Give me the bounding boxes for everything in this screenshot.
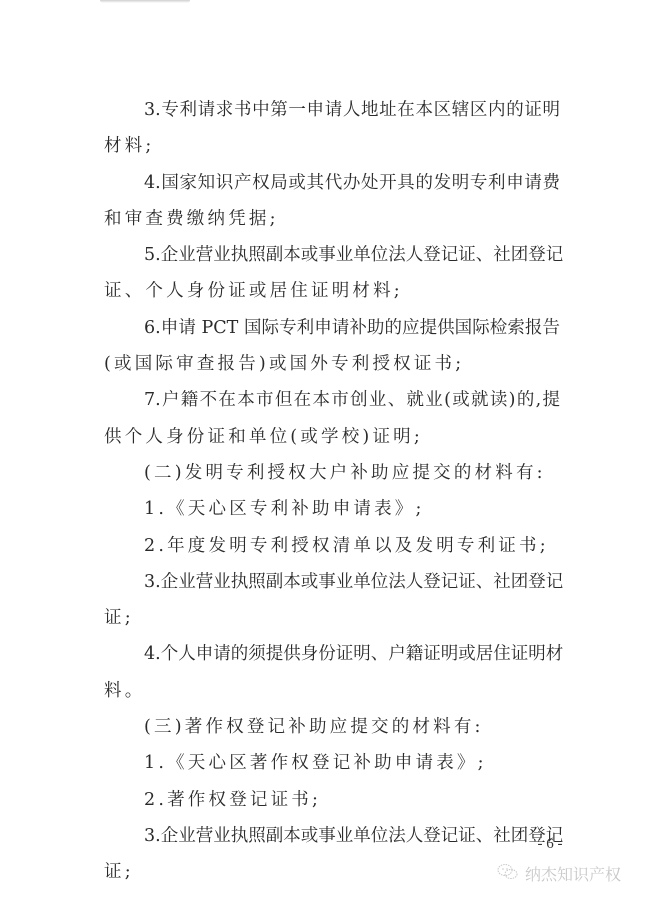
watermark-text: 纳杰知识产权 <box>525 862 621 885</box>
text-line: 证; <box>104 600 560 636</box>
document-body: 3.专利请求书中第一申请人地址在本区辖区内的证明 材料; 4.国家知识产权局或其… <box>104 92 560 891</box>
watermark: 纳杰知识产权 <box>497 862 621 885</box>
text-line: 2.著作权登记证书; <box>104 782 560 818</box>
text-line: 5.企业营业执照副本或事业单位法人登记证、社团登记 <box>104 237 560 273</box>
section-heading: (三)著作权登记补助应提交的材料有: <box>104 709 560 745</box>
text-line: 3.企业营业执照副本或事业单位法人登记证、社团登记 <box>104 564 560 600</box>
text-line: 6.申请 PCT 国际专利申请补助的应提供国际检索报告 <box>104 310 560 346</box>
text-line: 3.专利请求书中第一申请人地址在本区辖区内的证明 <box>104 92 560 128</box>
page-number: - 6 - <box>520 836 580 853</box>
text-line: 4.个人申请的须提供身份证明、户籍证明或居住证明材 <box>104 636 560 672</box>
text-line: 证、个人身份证或居住证明材料; <box>104 273 560 309</box>
section-heading: (二)发明专利授权大户补助应提交的材料有: <box>104 455 560 491</box>
text-line: 2.年度发明专利授权清单以及发明专利证书; <box>104 528 560 564</box>
text-line: 3.企业营业执照副本或事业单位法人登记证、社团登记 <box>104 818 560 854</box>
text-line: 料。 <box>104 673 560 709</box>
text-line: 1.《天心区专利补助申请表》; <box>104 491 560 527</box>
text-line: 1.《天心区著作权登记补助申请表》; <box>104 745 560 781</box>
text-line: 证; <box>104 854 560 890</box>
scan-edge-shadow <box>100 0 190 3</box>
text-line: 材料; <box>104 128 560 164</box>
text-line: 4.国家知识产权局或其代办处开具的发明专利申请费 <box>104 165 560 201</box>
text-line: (或国际审查报告)或国外专利授权证书; <box>104 346 560 382</box>
text-line: 和审查费缴纳凭据; <box>104 201 560 237</box>
wechat-icon <box>497 863 519 885</box>
text-line: 供个人身份证和单位(或学校)证明; <box>104 419 560 455</box>
text-line: 7.户籍不在本市但在本市创业、就业(或就读)的,提 <box>104 382 560 418</box>
